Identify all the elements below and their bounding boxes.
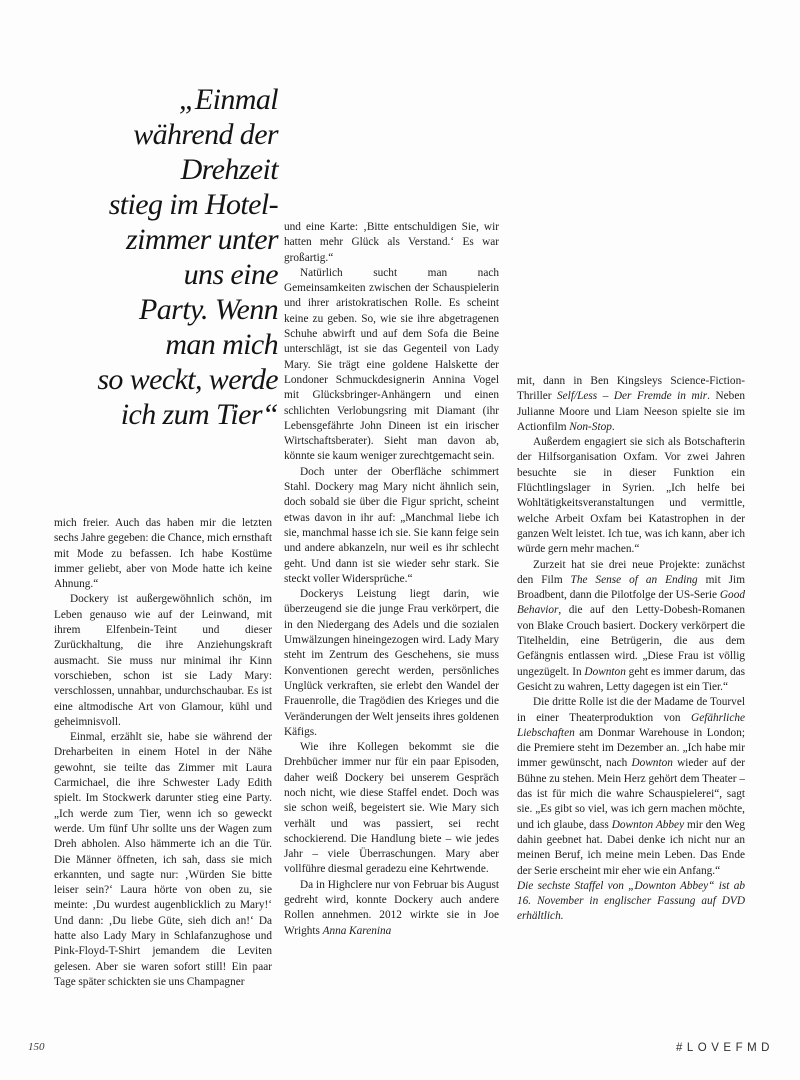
paragraph: Natürlich sucht man nach Gemeinsamkeiten… [284, 266, 499, 465]
text-segment: Dockery ist außergewöhnlich schön, im Le… [54, 593, 272, 727]
text-segment: Wie ihre Kollegen bekommt sie die Drehbü… [284, 741, 499, 875]
pull-quote-line: uns eine [30, 257, 278, 292]
text-segment: Die sechste Staffel von „Downton Abbey“ … [517, 880, 745, 923]
italic-title: Anna Karenina [323, 925, 392, 937]
pull-quote-line: stieg im Hotel- [30, 187, 278, 222]
italic-title: Downton [631, 757, 672, 769]
pull-quote-line: „Einmal [30, 82, 278, 117]
paragraph: mit, dann in Ben Kingsleys Science-Ficti… [517, 374, 745, 435]
pull-quote-line: so weckt, werde [30, 362, 278, 397]
text-segment: . [612, 421, 615, 433]
page-number: 150 [28, 1041, 45, 1053]
text-column-middle: und eine Karte: ‚Bitte entschuldigen Sie… [284, 220, 499, 1040]
paragraph: und eine Karte: ‚Bitte entschuldigen Sie… [284, 220, 499, 266]
paragraph: Wie ihre Kollegen bekommt sie die Drehbü… [284, 740, 499, 878]
italic-title: Self/Less – Der Fremde in mir [557, 390, 707, 402]
paragraph: Dockery ist außergewöhnlich schön, im Le… [54, 592, 272, 730]
italic-title: Downton Abbey [612, 819, 684, 831]
pull-quote: „Einmalwährend derDrehzeitstieg im Hotel… [30, 82, 278, 432]
pull-quote-line: Party. Wenn [30, 292, 278, 327]
italic-title: Downton [584, 666, 625, 678]
paragraph: Die dritte Rolle ist die der Madame de T… [517, 695, 745, 879]
text-segment: Da in Highclere nur von Februar bis Augu… [284, 879, 499, 937]
text-segment: und eine Karte: ‚Bitte entschuldigen Sie… [284, 221, 499, 264]
text-segment: mich freier. Auch das haben mir die letz… [54, 517, 272, 590]
paragraph: Doch unter der Oberfläche schimmert Stah… [284, 465, 499, 587]
paragraph: mich freier. Auch das haben mir die letz… [54, 516, 272, 592]
pull-quote-line: während der [30, 117, 278, 152]
text-segment: Außerdem engagiert sie sich als Botschaf… [517, 436, 745, 555]
pull-quote-line: man mich [30, 327, 278, 362]
paragraph: Die sechste Staffel von „Downton Abbey“ … [517, 879, 745, 925]
text-segment: Dockerys Leistung liegt darin, wie überz… [284, 588, 499, 738]
pull-quote-line: Drehzeit [30, 152, 278, 187]
text-column-left: mich freier. Auch das haben mir die letz… [54, 516, 272, 1038]
pull-quote-line: ich zum Tier“ [30, 397, 278, 432]
text-segment: Natürlich sucht man nach Gemeinsamkeiten… [284, 267, 499, 463]
text-segment: Doch unter der Oberfläche schimmert Stah… [284, 466, 499, 585]
italic-title: The Sense of an Ending [571, 574, 698, 586]
article-page: „Einmalwährend derDrehzeitstieg im Hotel… [0, 0, 800, 1080]
pull-quote-line: zimmer unter [30, 222, 278, 257]
brand-hashtag: #LOVEFMD [676, 1042, 774, 1054]
text-column-right: mit, dann in Ben Kingsleys Science-Ficti… [517, 374, 745, 1040]
paragraph: Zurzeit hat sie drei neue Projekte: zunä… [517, 558, 745, 696]
paragraph: Einmal, erzählt sie, habe sie während de… [54, 730, 272, 990]
paragraph: Außerdem engagiert sie sich als Botschaf… [517, 435, 745, 557]
paragraph: Dockerys Leistung liegt darin, wie überz… [284, 587, 499, 740]
magazine-page: { "colors": { "page_background": "#fdfdf… [0, 0, 800, 1080]
paragraph: Da in Highclere nur von Februar bis Augu… [284, 878, 499, 939]
text-segment: Einmal, erzählt sie, habe sie während de… [54, 731, 272, 988]
italic-title: Non-Stop [569, 421, 612, 433]
